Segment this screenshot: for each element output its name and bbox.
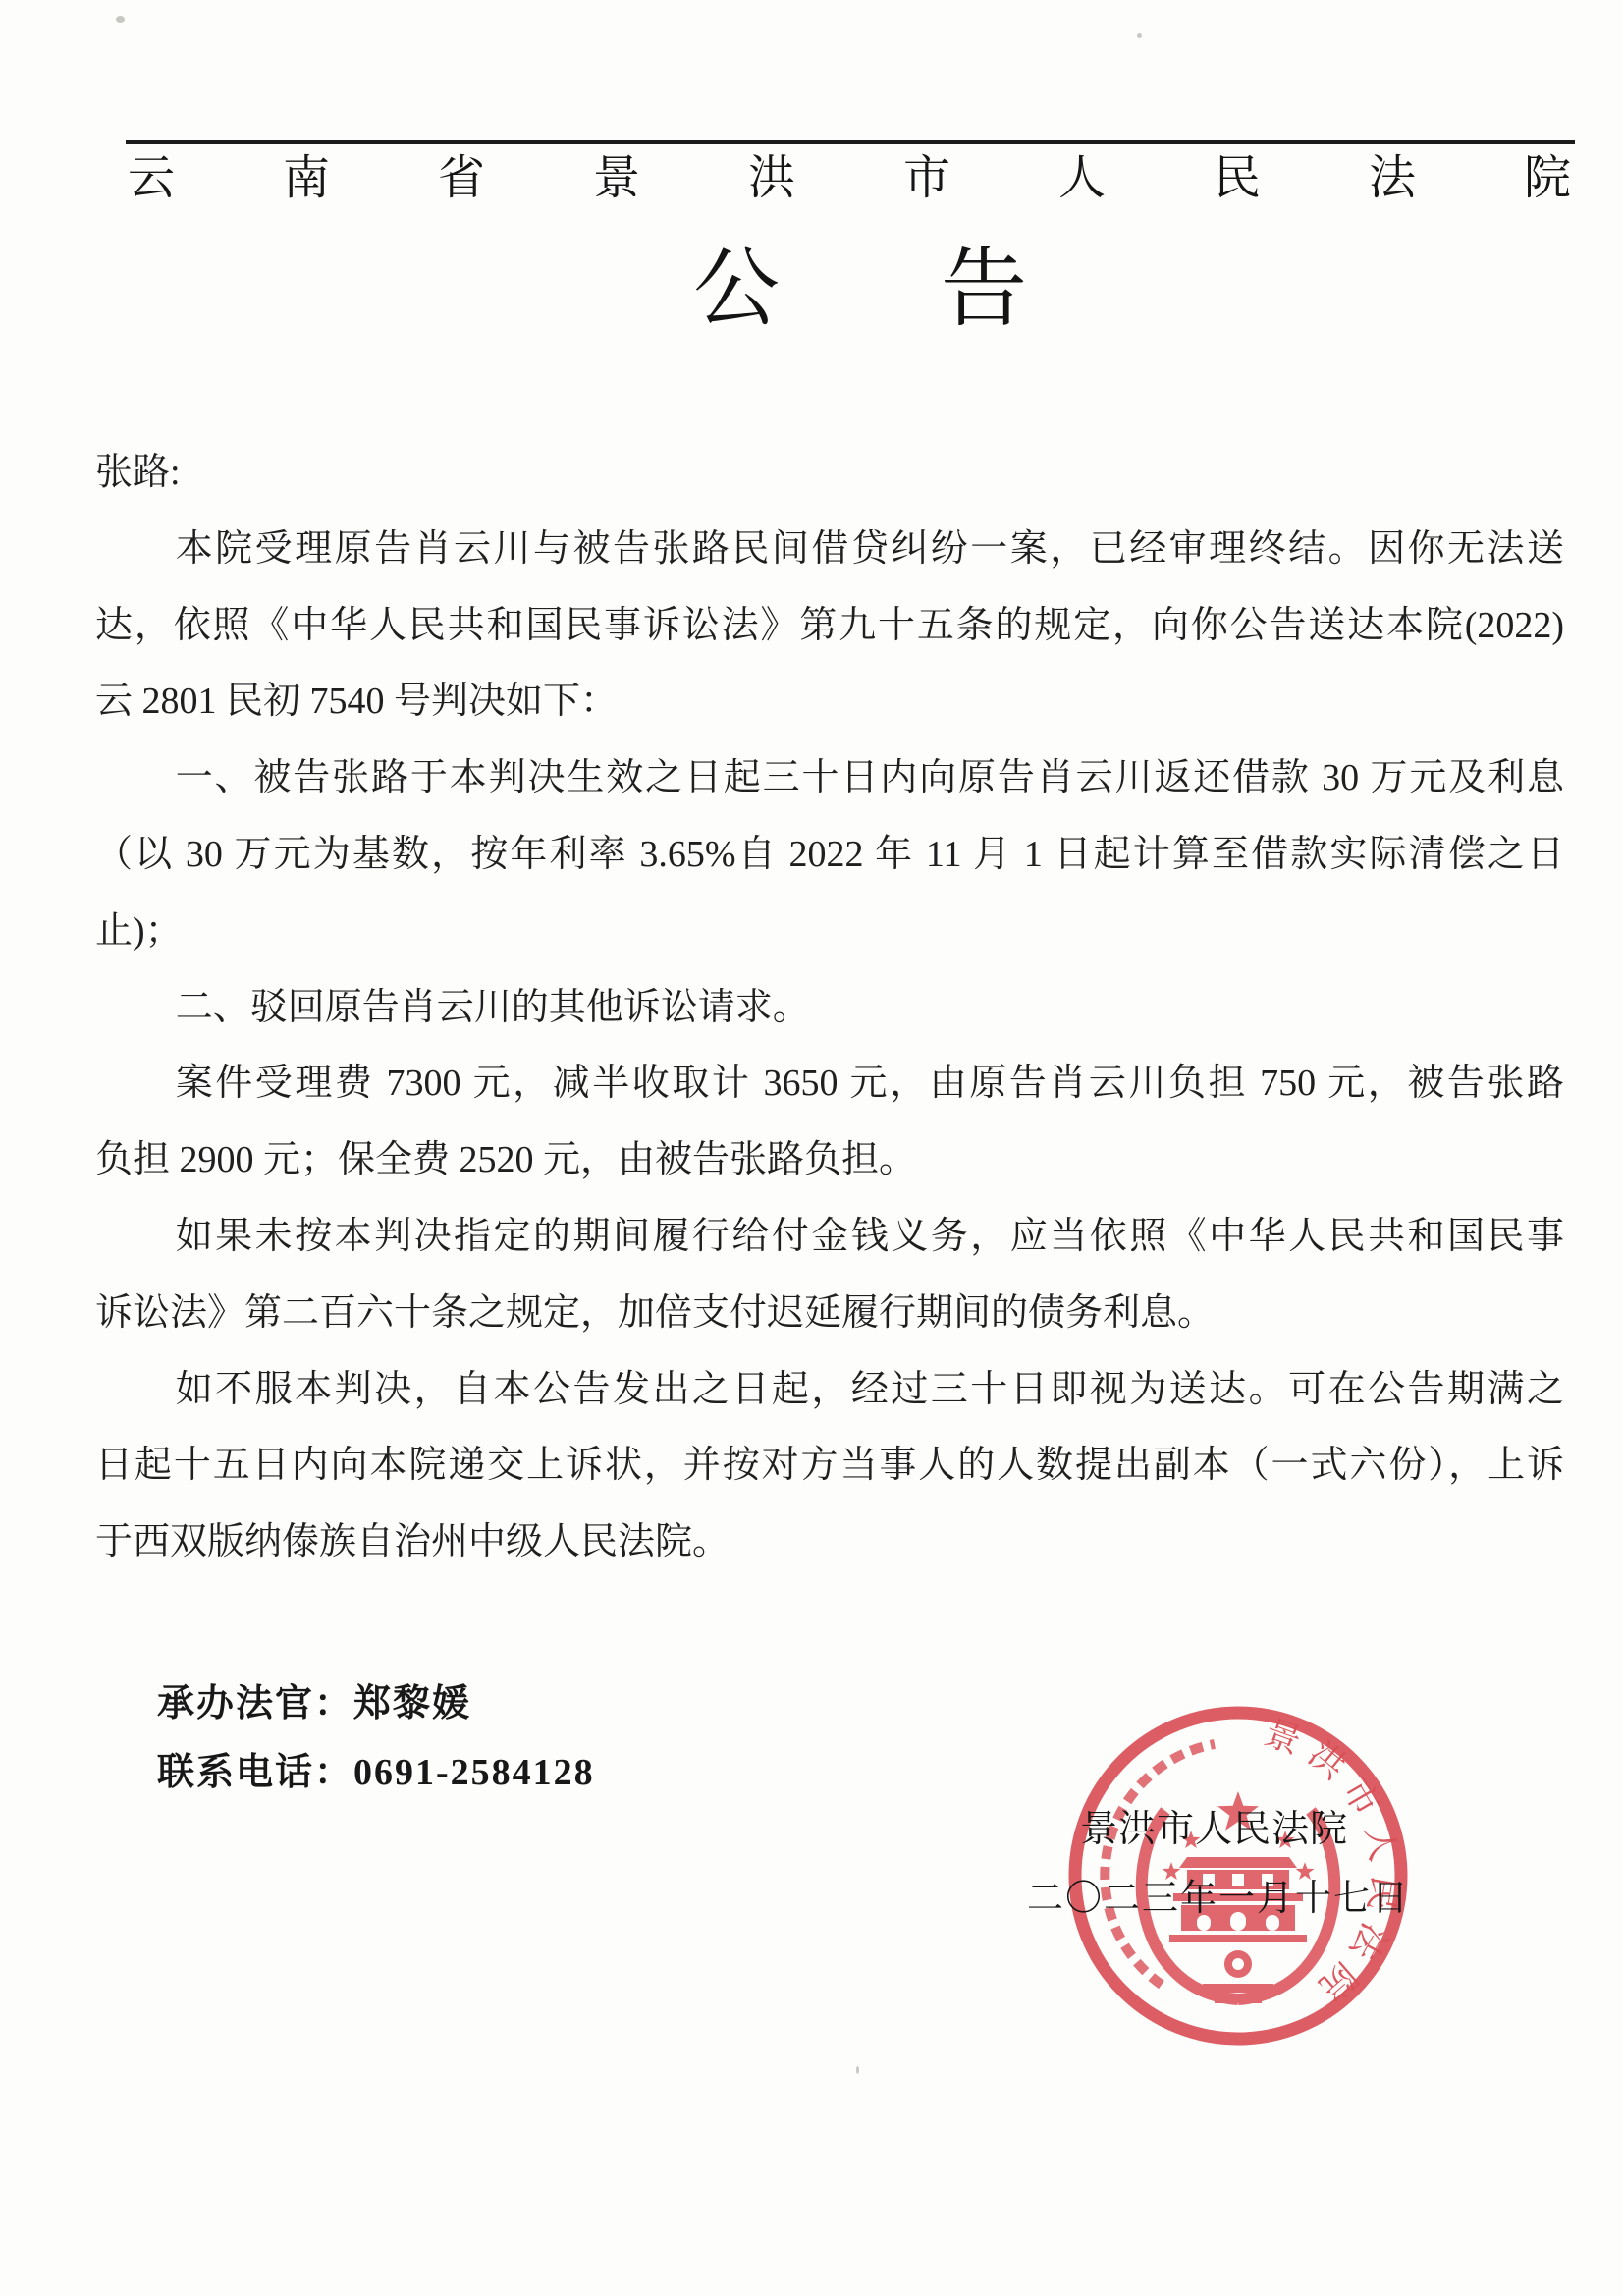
seal-court-name: 景洪市人民法院 [1080, 1810, 1355, 1849]
gate-roof [1179, 1857, 1297, 1868]
body-line: 二、驳回原告肖云川的其他诉讼请求。 [95, 970, 1564, 1047]
body-line: 如果未按本判决指定的期间履行给付金钱义务，应当依照《中华人民共和国民事 [95, 1199, 1564, 1276]
announcement-body: 张路: 本院受理原告肖云川与被告张路民间借贷纠纷一案，已经审理终结。因你无法送 … [95, 435, 1564, 1581]
small-star-icon [1163, 1862, 1181, 1880]
phone-line: 联系电话：0691-2584128 [157, 1738, 595, 1807]
seal-date: 二〇二三年一月十七日 [1027, 1880, 1420, 1919]
scan-speck [856, 2066, 859, 2074]
judge-line: 承办法官：郑黎媛 [157, 1669, 595, 1738]
small-star-icon [1296, 1862, 1315, 1880]
body-line: 日起十五日内向本院递交上诉状，并按对方当事人的人数提出副本（一式六份），上诉 [95, 1428, 1564, 1504]
body-line: 达，依照《中华人民共和国民事诉讼法》第九十五条的规定，向你公告送达本院(2022… [95, 588, 1564, 665]
court-seal-stamp-icon: 景洪市人民法院 [1065, 1703, 1411, 2049]
body-line: 云 2801 民初 7540 号判决如下： [95, 664, 1564, 740]
doc-title: 公告 [693, 244, 1188, 338]
body-line: 负担 2900 元；保全费 2520 元，由被告张路负担。 [95, 1122, 1564, 1199]
scan-speck [1137, 33, 1142, 38]
body-line: 本院受理原告肖云川与被告张路民间借贷纠纷一案，已经审理终结。因你无法送 [95, 512, 1564, 588]
signature-block: 承办法官：郑黎媛 联系电话：0691-2584128 [157, 1669, 595, 1807]
body-line: 于西双版纳傣族自治州中级人民法院。 [95, 1504, 1564, 1581]
court-header-title: 云南省景洪市人民法院 [128, 151, 1623, 206]
scan-speck [116, 16, 125, 23]
body-line: 如不服本判决，自本公告发出之日起，经过三十日即视为送达。可在公告期满之 [95, 1352, 1564, 1429]
document-page: 云南省景洪市人民法院 公告 张路: 本院受理原告肖云川与被告张路民间借贷纠纷一案… [0, 0, 1623, 2296]
addressee: 张路: [95, 435, 1564, 512]
court-seal: 景洪市人民法院 [1065, 1703, 1411, 2049]
body-line: 案件受理费 7300 元，减半收取计 3650 元，由原告肖云川负担 750 元… [95, 1046, 1564, 1122]
header-rule [126, 140, 1575, 144]
body-line: 诉讼法》第二百六十条之规定，加倍支付迟延履行期间的债务利息。 [95, 1276, 1564, 1352]
body-line: （以 30 万元为基数，按年利率 3.65%自 2022 年 11 月 1 日起… [95, 817, 1564, 894]
body-line: 止)； [95, 894, 1564, 970]
body-line: 一、被告张路于本判决生效之日起三十日内向原告肖云川返还借款 30 万元及利息 [95, 740, 1564, 817]
